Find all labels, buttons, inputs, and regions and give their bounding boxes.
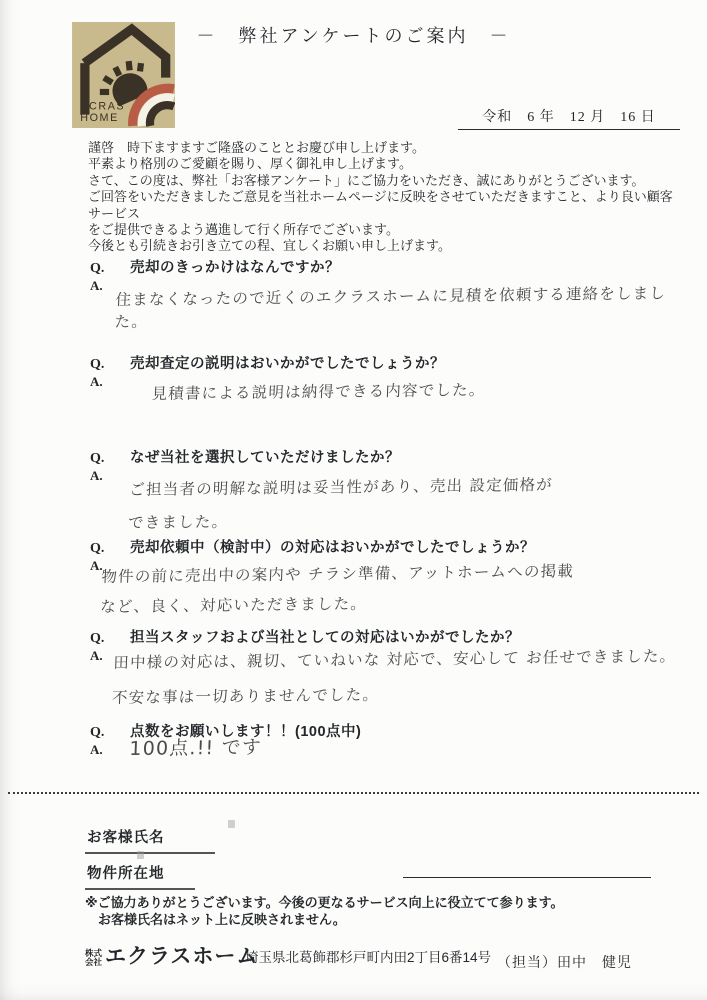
question-label: Q. — [90, 725, 130, 741]
document-date: 令和 6 年 12 月 16 日 — [458, 106, 680, 130]
company-footer: 株式 会社 エクラスホーム 埼玉県北葛飾郡杉戸町内田2丁目6番14号 （担当）田… — [85, 938, 685, 978]
question-label: Q. — [90, 451, 130, 467]
company-prefix-bottom: 会社 — [85, 958, 102, 967]
company-address: 埼玉県北葛飾郡杉戸町内田2丁目6番14号 — [245, 946, 491, 966]
qa-block-3: Q. なぜ当社を選択していただけましたか？ A. ご担当者の明解な説明は妥当性が… — [90, 446, 690, 484]
survey-document-page: ECRAS HOME － 弊社アンケートのご案内 － 令和 6 年 12 月 1… — [0, 0, 707, 1000]
question-text: 売却査定の説明はおいかがでしたでしょうか？ — [130, 352, 445, 373]
page-title: － 弊社アンケートのご案内 － — [0, 22, 707, 48]
handwritten-answer: 物件の前に売出中の案内や チラシ準備、アットホームへの掲載 など、良く、対応いた… — [100, 556, 575, 622]
property-location-blank-line — [403, 877, 651, 878]
qa-block-6: Q. 点数をお願いします！！(100点中) A. 100点.!! です — [90, 720, 690, 758]
scan-smudge — [228, 820, 235, 828]
qa-block-5: Q. 担当スタッフおよび当社としての対応はいかがでしたか？ A. 田中様の対応は… — [90, 626, 690, 664]
qa-block-1: Q. 売却のきっかけはなんですか？ A. 住まなくなったので近くのエクラスホーム… — [90, 256, 690, 294]
qa-block-2: Q. 売却査定の説明はおいかがでしたでしょうか？ A. 見積書による説明は納得で… — [90, 352, 690, 390]
question-text: 売却依頼中（検討中）の対応はおいかがでしたでしょうか？ — [130, 536, 535, 557]
handwritten-answer: ご担当者の明解な説明は妥当性があり、売出 設定価格が できました。 — [127, 469, 553, 540]
company-staff: （担当）田中 健児 — [497, 952, 632, 972]
handwritten-answer: 見積書による説明は納得できる内容でした。 — [151, 378, 486, 404]
question-label: Q. — [90, 357, 130, 373]
question-label: Q. — [90, 631, 130, 647]
property-location-field-label: 物件所在地 — [85, 862, 195, 890]
handwritten-answer: 田中様の対応は、親切、ていねいな 対応で、安心して お任せできました。 不安な事… — [111, 639, 677, 716]
question-label: Q. — [90, 541, 130, 557]
scan-smudge — [137, 851, 144, 859]
question-text: なぜ当社を選択していただけましたか？ — [130, 446, 400, 467]
qa-block-4: Q. 売却依頼中（検討中）の対応はおいかがでしたでしょうか？ A. 物件の前に売… — [90, 536, 690, 574]
footer-notes: ※ご協力ありがとうございます。今後の更なるサービス向上に役立てて参ります。 お客… — [85, 894, 645, 928]
question-text: 売却のきっかけはなんですか？ — [130, 256, 340, 277]
logo-text-home: HOME — [80, 112, 119, 124]
company-prefix: 株式 会社 — [85, 949, 102, 966]
handwritten-answer: 住まなくなったので近くのエクラスホームに見積を依頼する連絡をしました。 — [114, 281, 690, 332]
dotted-separator — [8, 792, 699, 794]
handwritten-answer: 100点.!! です — [129, 732, 263, 761]
logo-text-ecras: ECRAS — [80, 100, 125, 112]
question-label: Q. — [90, 261, 130, 277]
company-name: エクラスホーム — [105, 940, 258, 970]
customer-name-field-label: お客様氏名 — [85, 826, 215, 854]
greeting-paragraph: 謹啓 時下ますますご隆盛のこととお慶び申し上げます。 平素より格別のご愛顧を賜り… — [88, 140, 673, 255]
